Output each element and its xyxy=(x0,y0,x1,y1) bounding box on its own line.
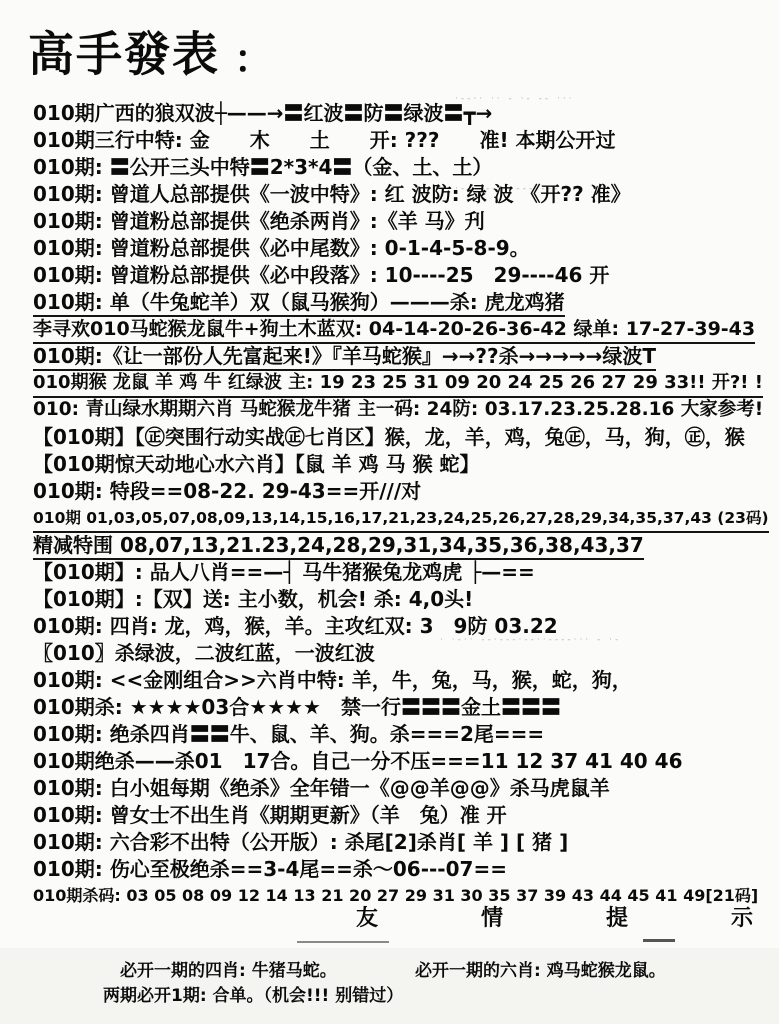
tip-line-text: 李寻欢010马蛇猴龙鼠牛+狗土木蓝双: 04-14-20-26-36-42 绿单… xyxy=(33,316,755,344)
tip-line: 【010期】:【双】送: 主小数，机会! 杀: 4,0头! xyxy=(33,586,771,613)
tip-line: 010期: 特段==08-22. 29-43==开///对 xyxy=(33,478,771,505)
tip-line-text: 010期: 四肖: 龙，鸡，猴，羊。主攻红双: 3 9防 03.22 xyxy=(33,613,558,639)
tip-line-text: 010期: 曾女士不出生肖《期期更新》（羊 兔）准 开 xyxy=(33,802,507,828)
tip-line-text: 010期绝杀——杀01 17合。自己一分不压===11 12 37 41 40 … xyxy=(33,748,683,774)
tip-line-text: 010期: <<金刚组合>>六肖中特: 羊，牛，兔，马，猴，蛇，狗， xyxy=(33,667,632,693)
tip-line: 010期杀: ★★★★03合★★★★ 禁一行〓〓〓金土〓〓〓 xyxy=(33,694,771,721)
tip-line: 010期三行中特: 金 木 土 开: ??? 准! 本期公开过 xyxy=(33,127,771,154)
tip-line-text: 〖010〗杀绿波，二波红蓝，一波红波 xyxy=(33,640,375,666)
tip-line: 010期: <<金刚组合>>六肖中特: 羊，牛，兔，马，猴，蛇，狗， xyxy=(33,667,771,694)
tip-line: 010期: 〓公开三头中特〓2*3*4〓（金、土、土） xyxy=(33,154,771,181)
two-period-note: 两期必开1期: 合单。（机会!!! 别错过） xyxy=(103,981,403,1006)
tip-line: 010期:《让一部份人先富起来!》『羊马蛇猴』→→??杀→→→→→绿波T xyxy=(33,343,771,370)
tip-line-text: 010: 青山绿水期期六肖 马蛇猴龙牛猪 主一码: 24防: 03.17.23.… xyxy=(33,397,763,423)
tip-line-text: 010期杀: ★★★★03合★★★★ 禁一行〓〓〓金土〓〓〓 xyxy=(33,694,561,720)
tip-line: 010期: 伤心至极绝杀==3-4尾==杀～06---07== xyxy=(33,856,771,883)
tip-line-text: 010期广西的狼双波┼——→〓红波〓防〓绿波〓┳→ xyxy=(33,100,492,126)
tip-line-text: 010期:《让一部份人先富起来!》『羊马蛇猴』→→??杀→→→→→绿波T xyxy=(33,343,656,371)
tip-line: 010期绝杀——杀01 17合。自己一分不压===11 12 37 41 40 … xyxy=(33,748,771,775)
tip-line-text: 010期三行中特: 金 木 土 开: ??? 准! 本期公开过 xyxy=(33,127,616,153)
tip-line-text: 010期: 特段==08-22. 29-43==开///对 xyxy=(33,478,421,504)
tip-line: 010期猴 龙鼠 羊 鸡 牛 红绿波 主: 19 23 25 31 09 20 … xyxy=(33,370,771,397)
tip-line: 010期: 四肖: 龙，鸡，猴，羊。主攻红双: 3 9防 03.22 xyxy=(33,613,771,640)
tip-line: 【010期惊天动地心水六肖】【鼠 羊 鸡 马 猴 蛇】 xyxy=(33,451,771,478)
tip-line-text: 【010期惊天动地心水六肖】【鼠 羊 鸡 马 猴 蛇】 xyxy=(33,451,480,477)
tip-line: 010期广西的狼双波┼——→〓红波〓防〓绿波〓┳→ xyxy=(33,100,771,127)
page-title-colon: ： xyxy=(234,37,274,82)
tip-line: 【010期】【㊣突围行动实战㊣七肖区】猴，龙，羊，鸡，兔㊣，马，狗，㊣，猴 xyxy=(33,424,771,451)
tip-line-text: 【010期】: 品人八肖==—┤ 马牛猪猴兔龙鸡虎 ├—== xyxy=(33,559,535,585)
tip-line: 李寻欢010马蛇猴龙鼠牛+狗土木蓝双: 04-14-20-26-36-42 绿单… xyxy=(33,316,771,343)
tip-line-text: 【010期】【㊣突围行动实战㊣七肖区】猴，龙，羊，鸡，兔㊣，马，狗，㊣，猴 xyxy=(33,424,745,450)
separator-line-right xyxy=(643,939,675,942)
tip-line: 010期 01,03,05,07,08,09,13,14,15,16,17,21… xyxy=(33,505,771,532)
tip-line: 010期: 曾道人总部提供《一波中特》: 红 波防: 绿 波 《开?? 准》 xyxy=(33,181,771,208)
tip-line-text: 精减特围 08,07,13,21.23,24,28,29,31,34,35,36… xyxy=(33,532,644,560)
tip-line-text: 010期: 伤心至极绝杀==3-4尾==杀～06---07== xyxy=(33,856,507,882)
tip-line-text: 010期: 单（牛兔蛇羊）双（鼠马猴狗）———杀: 虎龙鸡猪 xyxy=(33,289,565,317)
separator-line-left xyxy=(297,941,389,943)
must-open-six-xiao: 必开一期的六肖: 鸡马蛇猴龙鼠。 xyxy=(415,956,666,981)
tip-line: 010期: 曾道粉总部提供《必中段落》: 10----25 29----46 开 xyxy=(33,262,771,289)
tip-line-text: 010期: 〓公开三头中特〓2*3*4〓（金、土、土） xyxy=(33,154,492,180)
friendly-reminder-title: 友情提示 xyxy=(356,901,779,932)
tip-line-text: 010期: 白小姐每期《绝杀》全年错一《@@羊@@》杀马虎鼠羊 xyxy=(33,775,610,801)
tip-line-text: 010期: 曾道粉总部提供《必中段落》: 10----25 29----46 开 xyxy=(33,262,609,288)
page-title: 高手發表： xyxy=(28,17,274,84)
tip-line: 〖010〗杀绿波，二波红蓝，一波红波 xyxy=(33,640,771,667)
tip-line: 010期: 曾女士不出生肖《期期更新》（羊 兔）准 开 xyxy=(33,802,771,829)
tip-line: 010期: 六合彩不出特（公开版）: 杀尾[2]杀肖[ 羊 ] [ 猪 ] xyxy=(33,829,771,856)
tip-line: 010期: 白小姐每期《绝杀》全年错一《@@羊@@》杀马虎鼠羊 xyxy=(33,775,771,802)
tip-line-text: 010期: 曾道人总部提供《一波中特》: 红 波防: 绿 波 《开?? 准》 xyxy=(33,181,631,207)
tip-line: 【010期】: 品人八肖==—┤ 马牛猪猴兔龙鸡虎 ├—== xyxy=(33,559,771,586)
tip-line: 010期: 曾道粉总部提供《绝杀两肖》:《羊 马》刋 xyxy=(33,208,771,235)
tip-line-text: 010期猴 龙鼠 羊 鸡 牛 红绿波 主: 19 23 25 31 09 20 … xyxy=(33,370,763,398)
tip-sheet-page: 高手發表： ·--·· ·· - ·- -- ··· -··------ - -… xyxy=(0,0,779,1024)
tip-line: 010: 青山绿水期期六肖 马蛇猴龙牛猪 主一码: 24防: 03.17.23.… xyxy=(33,397,771,424)
tip-line-text: 010期: 绝杀四肖〓〓牛、鼠、羊、狗。杀===2尾=== xyxy=(33,721,544,747)
tip-line: 010期: 绝杀四肖〓〓牛、鼠、羊、狗。杀===2尾=== xyxy=(33,721,771,748)
tip-line-text: 010期: 六合彩不出特（公开版）: 杀尾[2]杀肖[ 羊 ] [ 猪 ] xyxy=(33,829,568,855)
tip-line-text: 010期: 曾道粉总部提供《绝杀两肖》:《羊 马》刋 xyxy=(33,208,485,234)
tip-line-text: 010期: 曾道粉总部提供《必中尾数》: 0-1-4-5-8-9。 xyxy=(33,235,530,261)
tip-line: 精减特围 08,07,13,21.23,24,28,29,31,34,35,36… xyxy=(33,532,771,559)
tip-line: 010期: 单（牛兔蛇羊）双（鼠马猴狗）———杀: 虎龙鸡猪 xyxy=(33,289,771,316)
page-title-text: 高手發表 xyxy=(28,27,220,82)
must-open-four-xiao: 必开一期的四肖: 牛猪马蛇。 xyxy=(120,956,337,981)
tip-line-text: 【010期】:【双】送: 主小数，机会! 杀: 4,0头! xyxy=(33,586,473,612)
tip-line: 010期: 曾道粉总部提供《必中尾数》: 0-1-4-5-8-9。 xyxy=(33,235,771,262)
tip-line-text: 010期 01,03,05,07,08,09,13,14,15,16,17,21… xyxy=(33,505,769,533)
tip-lines: 010期广西的狼双波┼——→〓红波〓防〓绿波〓┳→010期三行中特: 金 木 土… xyxy=(33,100,771,910)
